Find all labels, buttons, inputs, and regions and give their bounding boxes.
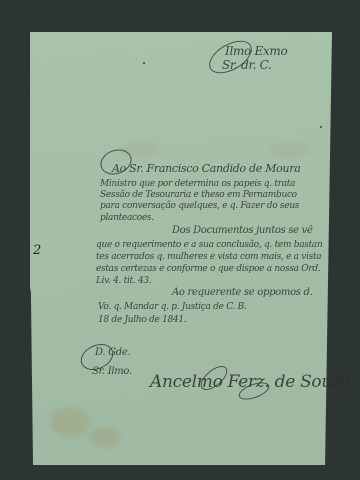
text-line: Liv. 4. tit. 43. [96, 276, 151, 286]
closing-line-1: D. Gde. [95, 347, 130, 358]
salutation-line-1: Ilmo Exmo [225, 44, 287, 58]
text-line: Ministro que por determina os papeis q. … [100, 179, 295, 189]
text-line: que o requerimento e a sua conclusão, q.… [96, 240, 322, 250]
text-line: Sessão de Tesouraria e theso em Pernambu… [100, 190, 297, 200]
salutation-line-2: Sr. dr. C. [222, 58, 272, 72]
margin-note: 2 [33, 243, 41, 258]
text-line: para conversação quelques, e q. Fazer do… [100, 201, 299, 211]
text-line: Vo. q. Mandar q. p. Justiça de C. B. [98, 302, 246, 312]
paper-stain [90, 427, 120, 447]
paper-stain [50, 407, 90, 437]
text-line: Ao Sr. Francisco Candido de Moura [112, 164, 301, 174]
ink-dot [143, 62, 145, 64]
signature: Ancelmo Ferz. de Souza [150, 372, 351, 392]
text-line: tes acerrados q. mulheres e vista com ma… [96, 252, 321, 262]
text-line: 18 de Julho de 1841. [98, 315, 186, 325]
closing-line-2: Sr. Ilmo. [92, 366, 132, 377]
paper-stain [270, 142, 310, 158]
ink-dot [320, 126, 322, 128]
text-line: Dos Documentos juntos se vê [172, 226, 313, 236]
text-line: Ao requerente se oppomos d. [172, 288, 313, 298]
text-line: planteacoes. [100, 213, 154, 223]
text-line: estas certezas e conforme o que dispoe a… [96, 264, 320, 274]
